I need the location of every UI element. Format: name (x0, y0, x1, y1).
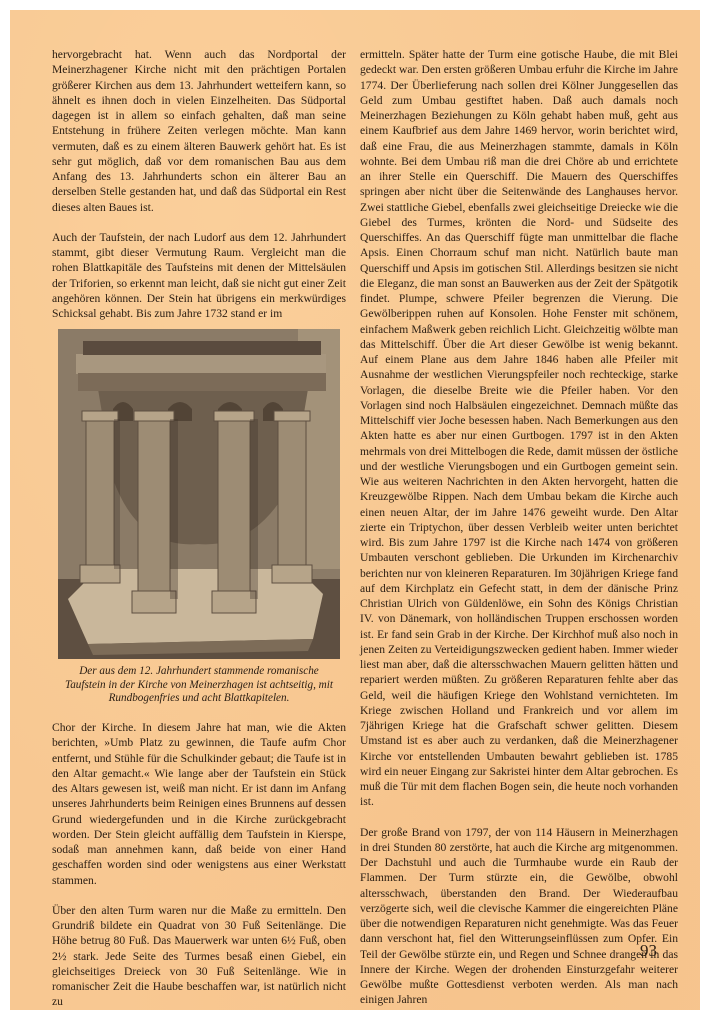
font-illustration-icon (58, 329, 340, 659)
paragraph: ermitteln. Später hatte der Turm eine go… (360, 47, 678, 810)
left-column: hervorgebracht hat. Wenn auch das Nordpo… (52, 47, 346, 1024)
figure: Der aus dem 12. Jahrhundert stammende ro… (58, 329, 340, 706)
baptismal-font-photo (58, 329, 340, 659)
right-column: ermitteln. Später hatte der Turm eine go… (360, 47, 678, 1023)
paragraph: Chor der Kirche. In diesem Jahre hat man… (52, 720, 346, 888)
paragraph: Auch der Taufstein, der nach Ludorf aus … (52, 230, 346, 322)
paragraph: Der große Brand von 1797, der von 114 Hä… (360, 825, 678, 1008)
paragraph: hervorgebracht hat. Wenn auch das Nordpo… (52, 47, 346, 215)
figure-caption: Der aus dem 12. Jahrhundert stammende ro… (58, 665, 340, 706)
page-number: 93 (640, 941, 657, 961)
paragraph: Über den alten Turm waren nur die Maße z… (52, 903, 346, 1010)
